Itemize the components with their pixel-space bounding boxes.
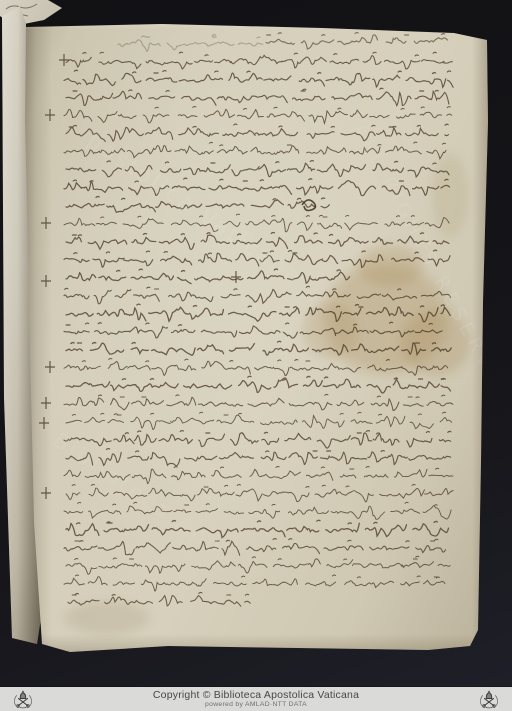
footer-bar: Copyright © Biblioteca Apostolica Vatica… (0, 687, 512, 711)
powered-by-text: powered by AMLAD·NTT DATA (34, 701, 478, 708)
copyright-text: Copyright © Biblioteca Apostolica Vatica… (34, 690, 478, 701)
manuscript-page[interactable]: postolica VaticanaALL RIGHTS RESERVEDBib… (22, 22, 488, 654)
vatican-emblem-icon (478, 690, 500, 709)
manuscript-text (22, 22, 488, 654)
footer-text-block: Copyright © Biblioteca Apostolica Vatica… (34, 689, 478, 708)
vatican-emblem-icon (12, 690, 34, 709)
manuscript-viewer-canvas: postolica VaticanaALL RIGHTS RESERVEDBib… (0, 0, 512, 711)
